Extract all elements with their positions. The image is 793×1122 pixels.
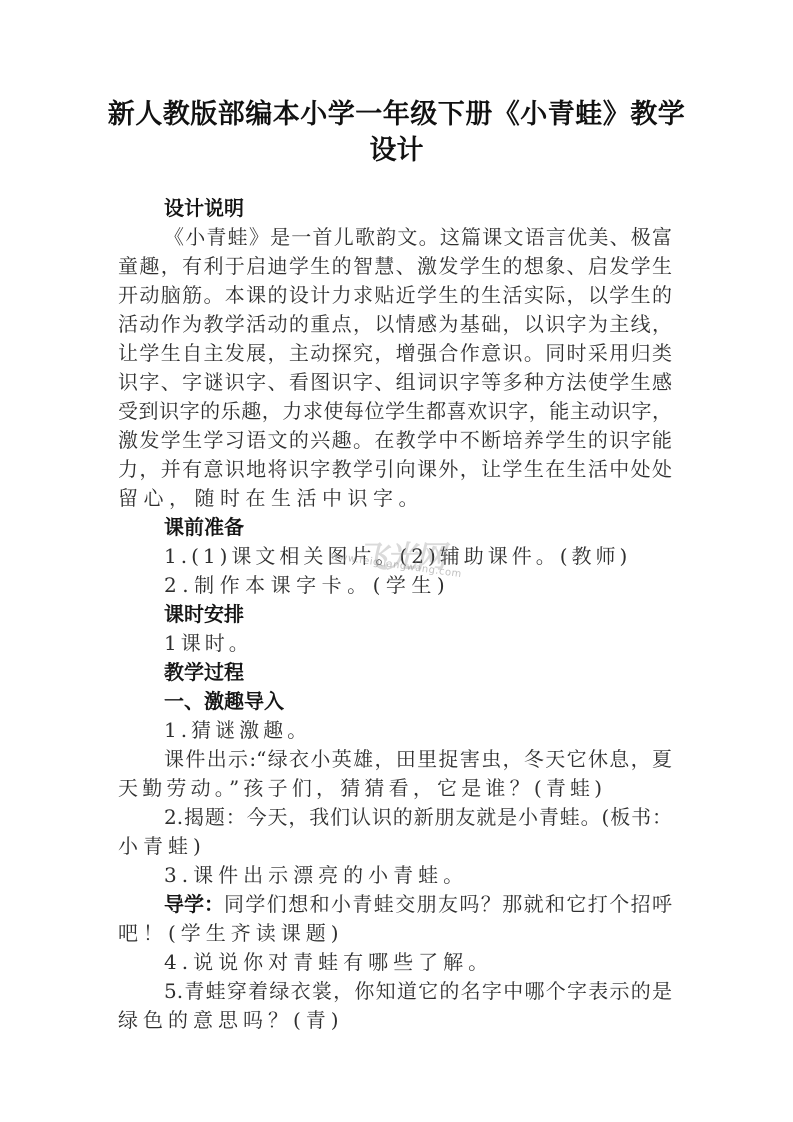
step-item: 5.青蛙穿着绿衣裳，你知道它的名字中哪个字表示的是 [164, 977, 672, 1006]
paragraph-line: 绿色的意思吗？(青) [118, 1006, 678, 1035]
step-item: 3.课件出示漂亮的小青蛙。 [164, 861, 724, 890]
section-heading-process: 教学过程 [164, 658, 244, 687]
list-item: 1课时。 [164, 629, 724, 658]
paragraph-line: 力，并有意识地将识字教学引向课外，让学生在生活中处处 [118, 455, 672, 484]
paragraph-line: 开动脑筋。本课的设计力求贴近学生的生活实际，以学生的 [118, 281, 672, 310]
paragraph-line: 受到识字的乐趣，力求使每位学生都喜欢识字，能主动识字， [118, 397, 672, 426]
document-title-line-2: 设计 [60, 133, 733, 169]
subsection-heading-intro: 一、激趣导入 [164, 687, 284, 716]
paragraph-line: 留心，随时在生活中识字。 [118, 484, 678, 513]
paragraph-line: 吧！(学生齐读课题) [118, 919, 678, 948]
paragraph-line: 识字、字谜识字、看图识字、组词识字等多种方法使学生感 [118, 368, 672, 397]
paragraph-line: 让学生自主发展，主动探究，增强合作意识。同时采用归类 [118, 339, 672, 368]
paragraph-line: 激发学生学习语文的兴趣。在教学中不断培养学生的识字能 [118, 426, 672, 455]
section-heading-design-note: 设计说明 [164, 194, 244, 223]
section-heading-schedule: 课时安排 [164, 600, 244, 629]
paragraph-line: 《小青蛙》是一首儿歌韵文。这篇课文语言优美、极富 [164, 223, 672, 252]
guide-text: 同学们想和小青蛙交朋友吗？那就和它打个招呼 [224, 890, 672, 919]
step-item: 2.揭题：今天，我们认识的新朋友就是小青蛙。(板书： [164, 803, 672, 832]
paragraph-line: 活动作为教学活动的重点，以情感为基础，以识字为主线， [118, 310, 672, 339]
paragraph-line: 童趣，有利于启迪学生的智慧、激发学生的想象、启发学生 [118, 252, 672, 281]
guide-line: 导学： 同学们想和小青蛙交朋友吗？那就和它打个招呼 [164, 890, 672, 919]
step-item: 1.猜谜激趣。 [164, 716, 724, 745]
paragraph-line: 课件出示:“绿衣小英雄，田里捉害虫，冬天它休息，夏 [164, 745, 672, 774]
list-item: 1.(1)课文相关图片。(2)辅助课件。(教师) [164, 542, 724, 571]
section-heading-preparation: 课前准备 [164, 513, 244, 542]
document-page: 新人教版部编本小学一年级下册《小青蛙》教学 设计 设计说明 《小青蛙》是一首儿歌… [0, 0, 793, 1122]
paragraph-line: 小青蛙) [118, 832, 678, 861]
document-title-line-1: 新人教版部编本小学一年级下册《小青蛙》教学 [60, 97, 733, 133]
list-item: 2.制作本课字卡。(学生) [164, 571, 724, 600]
step-item: 4.说说你对青蛙有哪些了解。 [164, 948, 724, 977]
paragraph-line: 天勤劳动。”孩子们，猜猜看，它是谁？(青蛙) [118, 774, 678, 803]
guide-label: 导学： [164, 890, 224, 919]
